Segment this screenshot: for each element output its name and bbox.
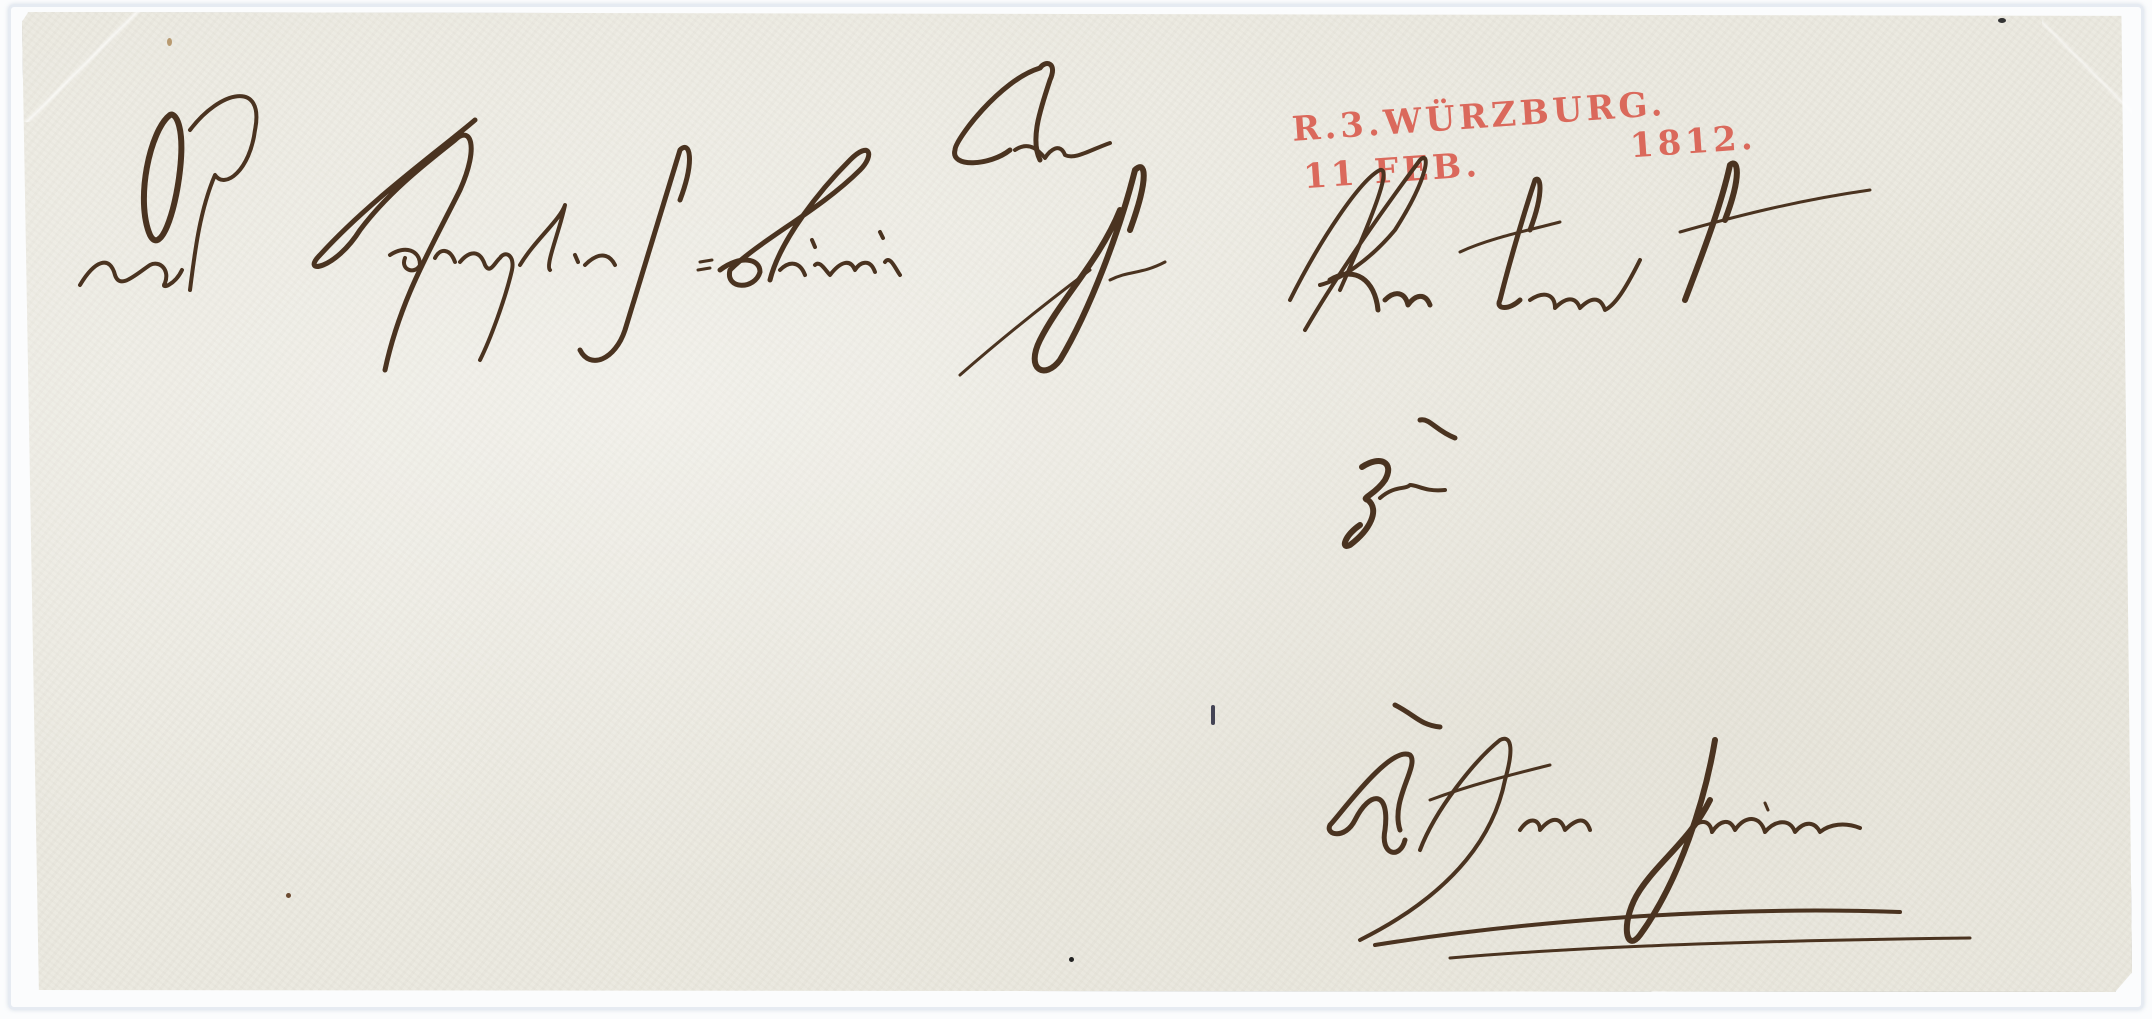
handwriting-zu [1345, 420, 1455, 546]
handwriting-rentamt [1290, 158, 1870, 330]
handwritten-address [0, 0, 2152, 1019]
handwriting-bairische [720, 150, 1165, 375]
handwriting-uffenheim [1329, 705, 1970, 958]
handwriting-koniglich [314, 120, 712, 370]
handwriting-das [80, 96, 256, 290]
handwriting-an [955, 64, 1110, 163]
